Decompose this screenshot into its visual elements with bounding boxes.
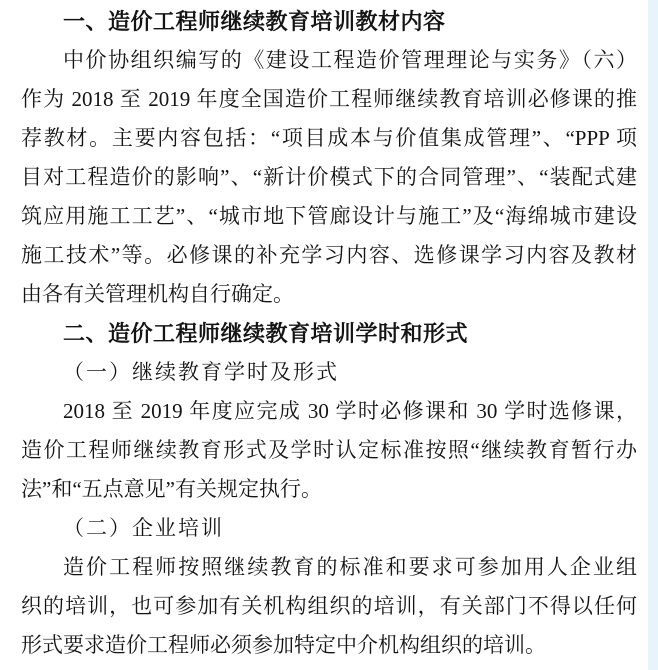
paragraph-text-line: 中价协组织编写的《建设工程造价管理理论与实务》（六） — [21, 41, 637, 80]
paragraph-text-line: 施工技术”等。必修课的补充学习内容、选修课学习内容及教材 — [21, 236, 637, 275]
paragraph-text-line: 荐教材。主要内容包括：“项目成本与价值集成管理”、“PPP 项 — [21, 119, 637, 158]
right-edge-strip — [648, 0, 658, 670]
document-page: 一、造价工程师继续教育培训教材内容中价协组织编写的《建设工程造价管理理论与实务》… — [0, 0, 658, 670]
paragraph-text-line: 由各有关管理机构自行确定。 — [21, 275, 637, 314]
subsection-heading-line: （二）企业培训 — [21, 509, 637, 548]
paragraph-text-line: 筑应用施工工艺”、“城市地下管廊设计与施工”及“海绵城市建设 — [21, 197, 637, 236]
paragraph-text-line: 织的培训，也可参加有关机构组织的培训，有关部门不得以任何 — [21, 587, 637, 626]
subsection-heading-line: （一）继续教育学时及形式 — [21, 353, 637, 392]
paragraph-text-line: 作为 2018 至 2019 年度全国造价工程师继续教育培训必修课的推 — [21, 80, 637, 119]
paragraph-text-line: 造价工程师按照继续教育的标准和要求可参加用人企业组 — [21, 548, 637, 587]
paragraph-text-line: 形式要求造价工程师必须参加特定中介机构组织的培训。 — [21, 626, 637, 665]
section-heading-line: 一、造价工程师继续教育培训教材内容 — [21, 2, 637, 41]
paragraph-text-line: 2018 至 2019 年度应完成 30 学时必修课和 30 学时选修课， — [21, 392, 637, 431]
section-heading-line: 二、造价工程师继续教育培训学时和形式 — [21, 314, 637, 353]
paragraph-text-line: 目对工程造价的影响”、“新计价模式下的合同管理”、“装配式建 — [21, 158, 637, 197]
document-body: 一、造价工程师继续教育培训教材内容中价协组织编写的《建设工程造价管理理论与实务》… — [21, 2, 637, 665]
paragraph-text-line: 造价工程师继续教育形式及学时认定标准按照“继续教育暂行办 — [21, 431, 637, 470]
paragraph-text-line: 法”和“五点意见”有关规定执行。 — [21, 470, 637, 509]
